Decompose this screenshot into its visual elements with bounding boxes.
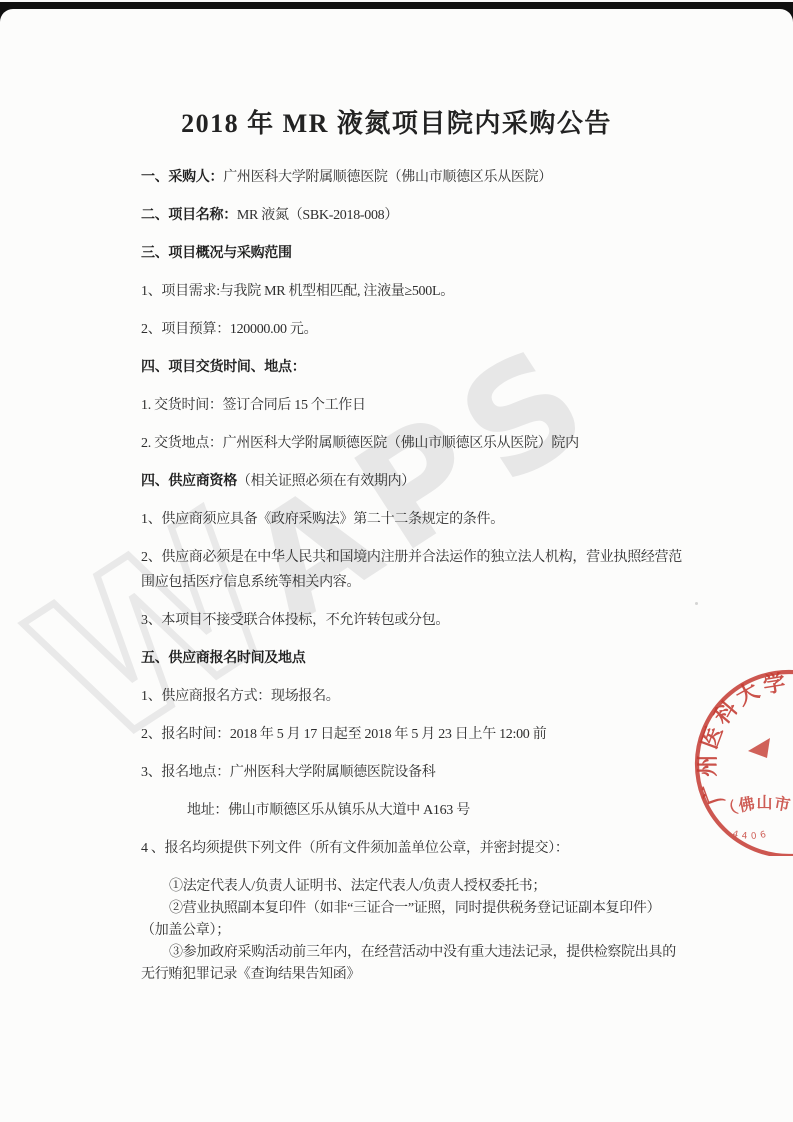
line-label: 一、采购人： xyxy=(141,170,223,185)
qualification-2-line: 2、供应商必须是在中华人民共和国境内注册并合法运作的独立法人机构，营业执照经营范 xyxy=(141,547,701,568)
qualification-1-line: 1、供应商须应具备《政府采购法》第二十二条规定的条件。 xyxy=(141,509,701,530)
line-text: 1、项目需求:与我院 MR 机型相匹配, 注液量≥500L。 xyxy=(141,284,454,299)
budget-line: 2、项目预算：120000.00 元。 xyxy=(141,319,701,340)
line-label: 四、项目交货时间、地点： xyxy=(141,360,305,375)
line-text: 2、报名时间：2018 年 5 月 17 日起至 2018 年 5 月 23 日… xyxy=(141,727,546,742)
line-text: 无行贿犯罪记录《查询结果告知函》 xyxy=(141,967,360,982)
line-text: 1. 交货时间：签订合同后 15 个工作日 xyxy=(141,398,366,413)
qualification-2-cont-line: 围应包括医疗信息系统等相关内容。 xyxy=(141,572,701,593)
section-registration-heading: 五、供应商报名时间及地点 xyxy=(141,648,701,669)
paper-sheet: W APS 2018 年 MR 液氮项目院内采购公告 一、采购人：广州医科大学附… xyxy=(0,9,793,1122)
doc-item-3-line: ③参加政府采购活动前三年内，在经营活动中没有重大违法记录，提供检察院出具的 xyxy=(141,942,701,963)
line-text: （加盖公章）； xyxy=(141,923,230,938)
line-label: 三、项目概况与采购范围 xyxy=(141,246,292,261)
section-delivery-heading: 四、项目交货时间、地点： xyxy=(141,357,701,378)
doc-item-3-cont-line: 无行贿犯罪记录《查询结果告知函》 xyxy=(141,964,701,985)
scan-top-edge xyxy=(0,0,793,2)
delivery-time-line: 1. 交货时间：签订合同后 15 个工作日 xyxy=(141,395,701,416)
registration-time-line: 2、报名时间：2018 年 5 月 17 日起至 2018 年 5 月 23 日… xyxy=(141,724,701,745)
line-text: 广州医科大学附属顺德医院（佛山市顺德区乐从医院） xyxy=(223,170,552,185)
seal-star-icon xyxy=(748,738,770,758)
doc-item-2-line: ②营业执照副本复印件（如非“三证合一”证照，同时提供税务登记证副本复印件） xyxy=(141,898,701,919)
line-text: 围应包括医疗信息系统等相关内容。 xyxy=(141,575,360,590)
seal-graphic: 广州医科大学 （佛山市 4406 xyxy=(690,664,793,856)
official-seal: 广州医科大学 （佛山市 4406 xyxy=(690,664,793,856)
line-label: 四、供应商资格 xyxy=(141,474,237,489)
doc-item-2-cont-line: （加盖公章）； xyxy=(141,920,701,941)
purchaser-line: 一、采购人：广州医科大学附属顺德医院（佛山市顺德区乐从医院） xyxy=(141,167,701,188)
line-text: MR 液氮（SBK-2018-008） xyxy=(237,208,398,223)
line-label: 二、项目名称： xyxy=(141,208,237,223)
document-body: 一、采购人：广州医科大学附属顺德医院（佛山市顺德区乐从医院）二、项目名称：MR … xyxy=(141,167,701,985)
line-text: 2、项目预算：120000.00 元。 xyxy=(141,322,317,337)
line-label: 五、供应商报名时间及地点 xyxy=(141,651,305,666)
section-overview-heading: 三、项目概况与采购范围 xyxy=(141,243,701,264)
doc-item-1-line: ①法定代表人/负责人证明书、法定代表人/负责人授权委托书； xyxy=(141,876,701,897)
line-text: 2. 交货地点：广州医科大学附属顺德医院（佛山市顺德区乐从医院）院内 xyxy=(141,436,579,451)
line-text: 1、供应商报名方式：现场报名。 xyxy=(141,689,340,704)
line-text: 3、本项目不接受联合体投标，不允许转包或分包。 xyxy=(141,613,449,628)
registration-method-line: 1、供应商报名方式：现场报名。 xyxy=(141,686,701,707)
documents-required-line: 4 、报名均须提供下列文件（所有文件须加盖单位公章，并密封提交）： xyxy=(141,838,701,859)
page-title: 2018 年 MR 液氮项目院内采购公告 xyxy=(0,103,793,140)
line-text: 4 、报名均须提供下列文件（所有文件须加盖单位公章，并密封提交）： xyxy=(141,841,569,856)
requirement-line: 1、项目需求:与我院 MR 机型相匹配, 注液量≥500L。 xyxy=(141,281,701,302)
project-name-line: 二、项目名称：MR 液氮（SBK-2018-008） xyxy=(141,205,701,226)
line-text: 3、报名地点：广州医科大学附属顺德医院设备科 xyxy=(141,765,435,780)
scan-speck xyxy=(695,602,698,605)
line-text: 地址：佛山市顺德区乐从镇乐从大道中 A163 号 xyxy=(187,803,470,818)
line-text: ①法定代表人/负责人证明书、法定代表人/负责人授权委托书； xyxy=(169,879,546,894)
line-text: 2、供应商必须是在中华人民共和国境内注册并合法运作的独立法人机构，营业执照经营范 xyxy=(141,550,682,565)
delivery-place-line: 2. 交货地点：广州医科大学附属顺德医院（佛山市顺德区乐从医院）院内 xyxy=(141,433,701,454)
seal-serial-number: 4406 xyxy=(731,829,771,842)
seal-inner-text: （佛山市 xyxy=(719,793,793,821)
line-text: ②营业执照副本复印件（如非“三证合一”证照，同时提供税务登记证副本复印件） xyxy=(169,901,660,916)
line-text: 1、供应商须应具备《政府采购法》第二十二条规定的条件。 xyxy=(141,512,504,527)
line-text: ③参加政府采购活动前三年内，在经营活动中没有重大违法记录，提供检察院出具的 xyxy=(169,945,676,960)
line-text: （相关证照必须在有效期内） xyxy=(237,474,415,489)
section-qualification-heading: 四、供应商资格（相关证照必须在有效期内） xyxy=(141,471,701,492)
registration-place-line: 3、报名地点：广州医科大学附属顺德医院设备科 xyxy=(141,762,701,783)
registration-address-line: 地址：佛山市顺德区乐从镇乐从大道中 A163 号 xyxy=(141,800,701,821)
seal-ring-text: 广州医科大学 xyxy=(695,669,791,808)
scanned-document-page: W APS 2018 年 MR 液氮项目院内采购公告 一、采购人：广州医科大学附… xyxy=(0,0,793,1122)
qualification-3-line: 3、本项目不接受联合体投标，不允许转包或分包。 xyxy=(141,610,701,631)
